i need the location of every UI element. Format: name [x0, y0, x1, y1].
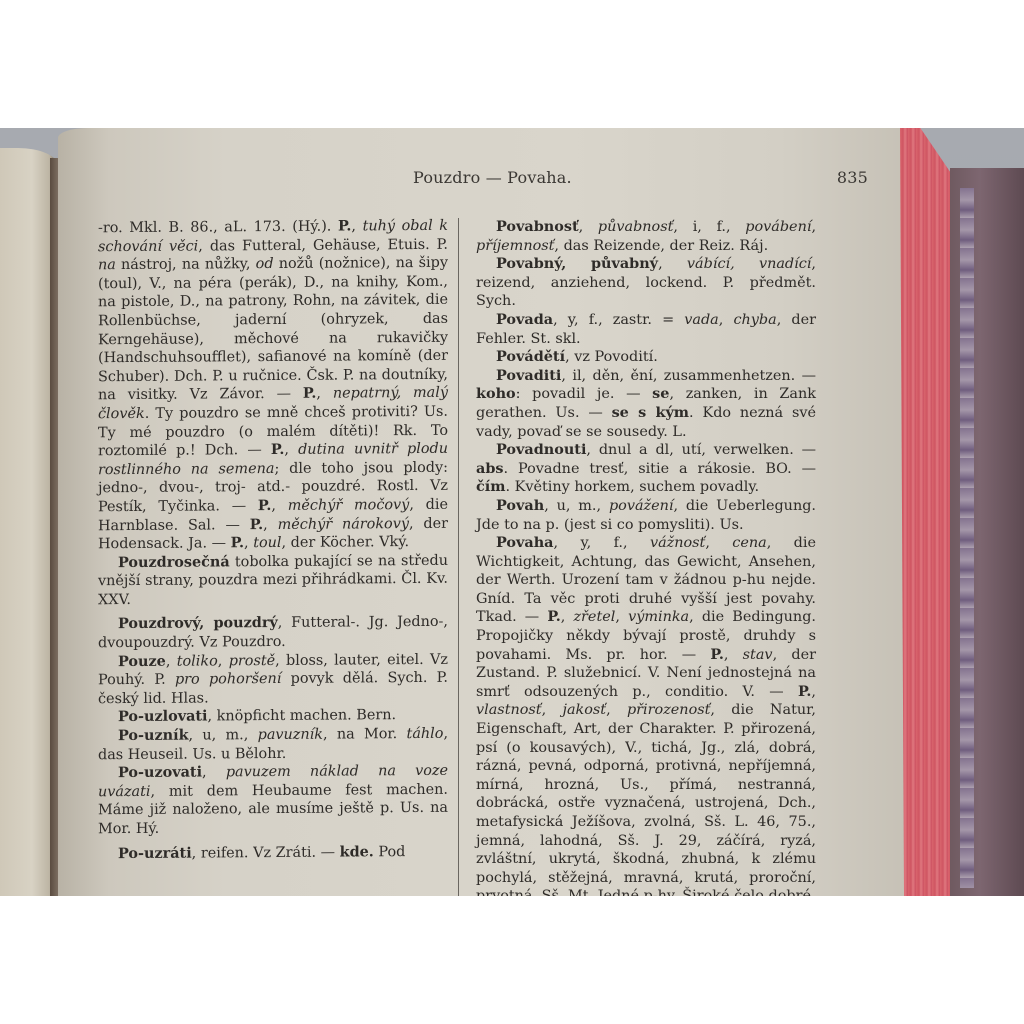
italic-gloss: vábící, vnadící	[687, 256, 812, 272]
left-column: -ro. Mkl. B. 86., aL. 173. (Hý.). P., tu…	[98, 217, 448, 864]
headword: P.	[258, 497, 271, 514]
headword: Povada	[496, 311, 553, 328]
headword: se	[652, 385, 669, 402]
headword: Povaha	[496, 534, 554, 551]
italic-gloss: jakosť	[562, 702, 606, 718]
entry-text: , dnul a dl, utí, verwelken. —	[586, 442, 816, 458]
headword: P.	[547, 608, 560, 625]
entry-text: , il, děn, ění, zusammenhetzen. —	[561, 368, 816, 384]
entry-text: ,	[263, 516, 277, 532]
entry-text: nástroj, na nůžky,	[116, 256, 256, 273]
italic-gloss: pro pohoršení	[175, 671, 281, 688]
entry-text: ,	[351, 218, 362, 234]
headword: koho	[476, 385, 516, 402]
entry-text: ,	[615, 609, 628, 625]
entry-text: ,	[202, 765, 226, 781]
headword: se s kým	[612, 404, 689, 421]
entry-text: ,	[811, 684, 816, 700]
italic-gloss: výminka	[628, 609, 689, 625]
entry-text: ,	[316, 386, 332, 402]
entry-text: , mit dem Heubaume fest machen. Máme již…	[98, 782, 448, 838]
dictionary-entry: Povadnouti, dnul a dl, utí, verwelken. —…	[476, 441, 816, 497]
dictionary-entry: Po-uzráti, reifen. Vz Zráti. — kde. Pod	[98, 842, 448, 863]
italic-gloss: měchýř nárokový	[278, 516, 409, 533]
italic-gloss: vada	[684, 312, 719, 328]
headword: kde.	[340, 843, 374, 860]
dictionary-entry: Povabnosť, půvabnosť, i, f., povábení, p…	[476, 218, 816, 255]
headword: P.	[231, 534, 244, 551]
dictionary-entry: Po-uzovati, pavuzem náklad na voze uváza…	[98, 762, 448, 839]
entry-text: ,	[579, 219, 598, 235]
dictionary-entry: Povada, y, f., zastr. = vada, chyba, der…	[476, 311, 816, 348]
italic-gloss: od	[256, 256, 274, 272]
headword: Po-uzlovati	[118, 708, 208, 726]
entry-text: : povadil je. —	[516, 386, 653, 402]
italic-gloss: povážení	[609, 498, 674, 514]
headword: P.	[250, 516, 263, 533]
entry-text: ,	[719, 312, 734, 328]
italic-gloss: vážnosť	[650, 535, 705, 551]
entry-text: , reifen. Vz Zráti. —	[192, 844, 340, 861]
headword: Pouzdrový, pouzdrý	[118, 614, 278, 632]
entry-text: Pod	[374, 844, 406, 860]
italic-gloss: stav	[743, 647, 773, 663]
italic-gloss: vlastnosť	[476, 702, 542, 718]
headword: Povádětí	[496, 348, 565, 365]
italic-gloss: cena	[732, 535, 766, 551]
entry-text: , na Mor.	[323, 726, 407, 743]
entry-text: , das Reizende, der Reiz. Ráj.	[554, 238, 768, 254]
headword: Povaditi	[496, 367, 561, 384]
headword: Povabný, půvabný	[496, 255, 658, 272]
entry-text: nožů (nožnice), na šipy (toul), V., na p…	[98, 255, 448, 404]
headword: abs	[476, 460, 504, 477]
entry-text: , das Futteral, Gehäuse, Etuis. P.	[198, 236, 448, 254]
headword: P.	[303, 385, 316, 402]
headword: P.	[338, 217, 351, 234]
dictionary-entry: Povádětí, vz Povodití.	[476, 348, 816, 367]
entry-text: ,	[658, 256, 687, 272]
dictionary-entry: Pouzdrosečná tobolka pukající se na stře…	[98, 551, 448, 609]
dictionary-entry: Po-uzlovati, knöpficht machen. Bern.	[98, 706, 448, 727]
running-head: Pouzdro — Povaha. 835	[413, 168, 868, 187]
column-divider	[458, 218, 459, 896]
italic-gloss: táhlo	[407, 726, 444, 742]
headword: Po-uzník	[118, 727, 189, 744]
italic-gloss: pavuzník	[258, 727, 323, 743]
entry-text: ,	[218, 653, 229, 669]
italic-gloss: na	[98, 257, 116, 273]
headword: P.	[710, 646, 723, 663]
entry-text: ,	[724, 647, 743, 663]
headword: P.	[271, 441, 284, 458]
italic-gloss: toliko	[177, 653, 218, 669]
italic-gloss: povábení	[745, 219, 811, 235]
entry-text: , i, f.,	[673, 219, 745, 235]
dictionary-entry: Povaditi, il, děn, ění, zusammenhetzen. …	[476, 367, 816, 441]
entry-text: , u, m.,	[189, 727, 258, 743]
entry-text: , die Natur, Eigenschaft, Art, der Chara…	[476, 702, 816, 896]
dictionary-entry: Pouzdrový, pouzdrý, Futteral-. Jg. Jedno…	[98, 613, 448, 653]
headword: čím	[476, 478, 505, 495]
entry-text: ,	[606, 702, 627, 718]
entry-text: ,	[271, 498, 287, 514]
book-photo: Pouzdro — Povaha. 835 -ro. Mkl. B. 86., …	[0, 128, 1024, 896]
italic-gloss: měchýř močový	[288, 497, 410, 514]
dictionary-entry: -ro. Mkl. B. 86., aL. 173. (Hý.). P., tu…	[98, 217, 448, 554]
italic-gloss: zřetel	[573, 609, 615, 625]
headword: Pouze	[118, 652, 166, 669]
entry-text: ,	[284, 442, 298, 458]
entry-text: , u, m.,	[544, 498, 609, 514]
entry-text: , vz Povodití.	[565, 349, 658, 365]
entry-text: . Povadne tresť, sitie a rákosie. BO. —	[504, 461, 817, 477]
entry-text: ,	[811, 219, 816, 235]
entry-text: . Květiny horkem, suchem povadly.	[505, 479, 759, 495]
headword: Po-uzovati	[118, 764, 202, 782]
headword: Povadnouti	[496, 441, 586, 458]
page-title: Pouzdro — Povaha.	[413, 168, 572, 187]
headword: Povah	[496, 497, 544, 514]
italic-gloss: prostě	[229, 653, 275, 669]
dictionary-entry: Povabný, půvabný, vábící, vnadící, reize…	[476, 255, 816, 311]
entry-text: -ro. Mkl. B. 86., aL. 173. (Hý.).	[98, 219, 338, 237]
right-column: Povabnosť, půvabnosť, i, f., povábení, p…	[476, 218, 816, 896]
entry-text: , y, f., zastr. =	[553, 312, 684, 328]
headword: Po-uzráti	[118, 844, 192, 862]
italic-gloss: přirozenosť	[627, 702, 710, 718]
dictionary-entry: Povah, u, m., povážení, die Ueberlegung.…	[476, 497, 816, 534]
entry-text: ,	[244, 535, 253, 551]
entry-text: , knöpficht machen. Bern.	[208, 708, 397, 725]
entry-text: , y, f.,	[554, 535, 650, 551]
entry-text: ,	[561, 609, 574, 625]
page-number: 835	[837, 168, 868, 187]
entry-text: ,	[542, 702, 563, 718]
dictionary-entry: Pouze, toliko, prostě, bloss, lauter, ei…	[98, 650, 448, 708]
headword: Povabnosť	[496, 218, 579, 235]
marbled-cover-edge	[960, 188, 974, 888]
italic-gloss: toul	[253, 535, 281, 551]
headword: P.	[798, 683, 811, 700]
headword: Pouzdrosečná	[118, 553, 230, 571]
italic-gloss: příjemnosť	[476, 238, 554, 254]
entry-text: ,	[705, 535, 732, 551]
italic-gloss: chyba	[733, 312, 776, 328]
italic-gloss: půvabnosť	[598, 219, 674, 235]
dictionary-entry: Po-uzník, u, m., pavuzník, na Mor. táhlo…	[98, 725, 448, 765]
dictionary-entry: Povaha, y, f., vážnosť, cena, die Wichti…	[476, 534, 816, 896]
entry-text: ,	[166, 653, 177, 669]
entry-text: , der Köcher. Vký.	[282, 534, 410, 551]
